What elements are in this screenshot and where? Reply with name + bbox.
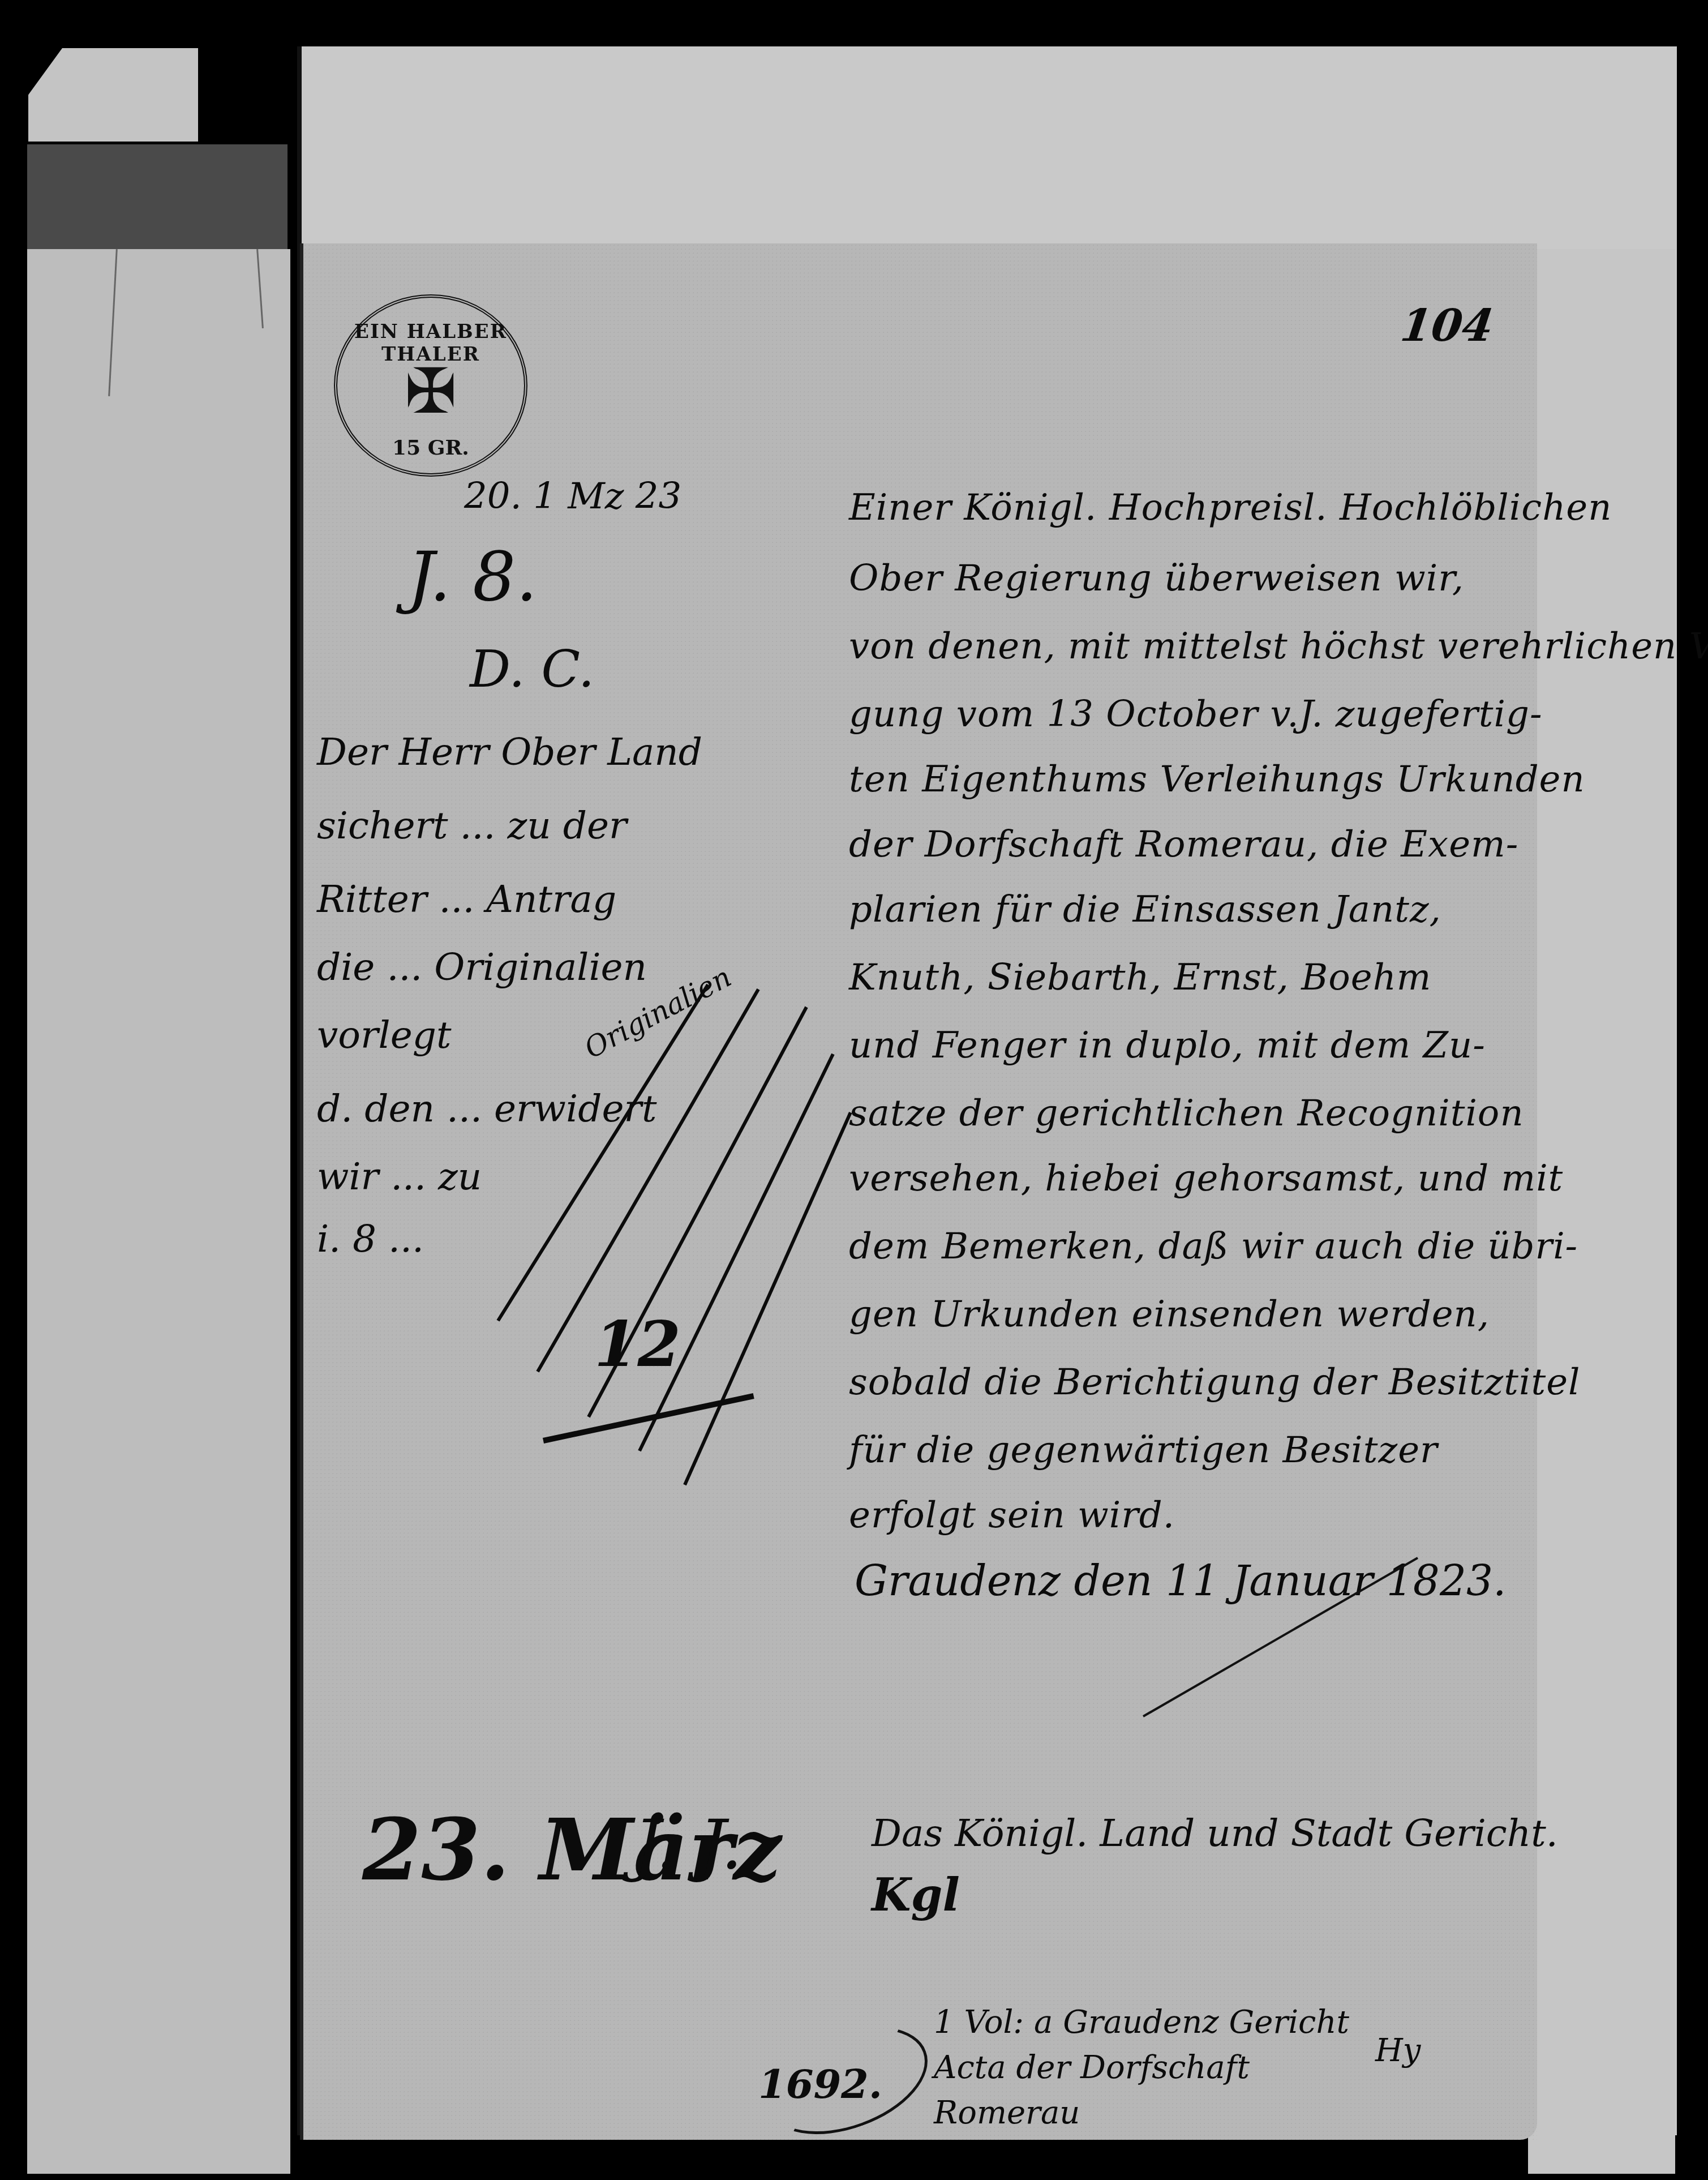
margin-annotation: vorlegt xyxy=(317,1013,452,1057)
file-note-line: Romerau xyxy=(934,2095,1080,2131)
letter-line: ten Eigenthums Verleihungs Urkunden xyxy=(849,759,1585,800)
letter-line: Ober Regierung überweisen wir, xyxy=(849,558,1464,599)
margin-annotation: D. C. xyxy=(470,640,594,699)
left-folded-sheet xyxy=(27,249,290,2174)
torn-paper-tab xyxy=(28,48,198,142)
letter-line: versehen, hiebei gehorsamst, und mit xyxy=(849,1158,1563,1200)
letter-line: sobald die Berichtigung der Besitztitel xyxy=(849,1361,1581,1403)
stamp-value: 15 GR. xyxy=(337,436,524,460)
file-note-line: 1 Vol: a Graudenz Gericht xyxy=(934,2004,1349,2041)
letter-line: von denen, mit mittelst höchst verehrlic… xyxy=(849,626,1708,667)
receipt-note: 20. 1 Mz 23 xyxy=(464,476,681,517)
court-signature: Das Königl. Land und Stadt Gericht. xyxy=(872,1811,1558,1855)
letter-line: gen Urkunden einsenden werden, xyxy=(849,1294,1490,1335)
paper-crack xyxy=(256,249,264,328)
margin-annotation: die ... Originalien xyxy=(317,945,647,989)
processing-marks: J. J. xyxy=(634,1806,743,1885)
margin-annotation: wir ... zu xyxy=(317,1155,482,1198)
letter-line: der Dorfschaft Romerau, die Exem- xyxy=(849,824,1518,866)
margin-annotation: d. den ... erwidert xyxy=(317,1087,657,1130)
letter-line: dem Bemerken, daß wir auch die übri- xyxy=(849,1226,1578,1267)
reference-number: 1692. xyxy=(758,2061,882,2108)
margin-annotation: Ritter ... Antrag xyxy=(317,877,616,921)
margin-annotation: i. 8 ... xyxy=(317,1217,424,1261)
letter-line: gung vom 13 October v.J. zugefertig- xyxy=(849,693,1543,735)
margin-annotation: J. 8. xyxy=(407,538,538,616)
eagle-icon: ✠ xyxy=(337,360,524,422)
letter-line: für die gegenwärtigen Besitzer xyxy=(849,1429,1438,1471)
binding-strip xyxy=(27,144,287,249)
letter-line: und Fenger in duplo, mit dem Zu- xyxy=(849,1025,1486,1067)
letter-line: erfolgt sein wird. xyxy=(849,1494,1175,1536)
letter-line: Einer Königl. Hochpreisl. Hochlöblichen xyxy=(849,487,1612,529)
letter-line: Knuth, Siebarth, Ernst, Boehm xyxy=(849,957,1432,999)
right-edge-sheet xyxy=(1528,249,1675,2174)
paper-crack xyxy=(108,249,118,396)
tax-stamp: EIN HALBER THALER ✠ 15 GR. xyxy=(334,294,527,477)
file-note-initials: Hy xyxy=(1375,2032,1421,2069)
letter-line: plarien für die Einsassen Jantz, xyxy=(849,889,1441,931)
signature-initials: Kgl xyxy=(872,1868,960,1921)
margin-initials: 12 xyxy=(594,1308,681,1381)
margin-annotation: Der Herr Ober Land xyxy=(317,730,702,774)
margin-annotation: sichert ... zu der xyxy=(317,804,627,847)
folio-number: 104 xyxy=(1392,300,1501,352)
file-note-line: Acta der Dorfschaft xyxy=(934,2049,1250,2086)
letter-line: satze der gerichtlichen Recognition xyxy=(849,1093,1524,1134)
